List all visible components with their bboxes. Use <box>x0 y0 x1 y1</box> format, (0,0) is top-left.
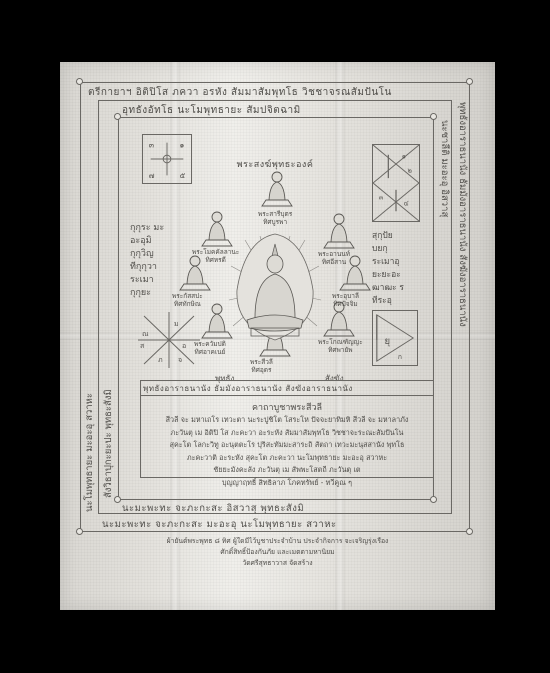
panel-band-text: พุทธังอาราธนานัง ธัมมังอาราธนานัง สังฆัง… <box>140 382 434 396</box>
monk-label-mid-left: พระกัสสปะทิศทักษิณ <box>172 292 203 309</box>
svg-text:๓: ๓ <box>379 194 384 202</box>
monk-label-mid-right: พระอุบาลีทิศปัจจิม <box>332 292 359 309</box>
yantra-diamond-bottom-right: ยุ ก <box>372 310 418 366</box>
svg-text:๑: ๑ <box>179 140 184 149</box>
inner-left-inscription: สังวิธาปุกะยะปะ พุทธะสังมิ <box>101 120 117 498</box>
svg-text:๕: ๕ <box>179 171 185 180</box>
seated-buddha-icon <box>225 230 325 350</box>
svg-text:ส: ส <box>140 342 145 350</box>
corner-dot <box>76 528 83 535</box>
panel-title: คาถาบูชาพระสีวลี <box>140 400 434 414</box>
outer-left-inscription: นะโมพุทธายะ มะอะอุ สวาหะ <box>82 102 98 512</box>
svg-text:ก: ก <box>398 353 402 361</box>
corner-dot <box>114 113 121 120</box>
svg-text:จ: จ <box>178 356 182 364</box>
monk-label-bottom: พระสีวลีทิศอุดร <box>250 358 273 375</box>
svg-text:ม: ม <box>174 320 179 328</box>
prayer-text: สีวลี จะ มหาเถโร เทวะตา นะระปูชิโต โสระโ… <box>144 414 430 489</box>
svg-text:๑: ๑ <box>402 153 406 161</box>
yantra-square-top-right: ๑ ๒ ๓ ๔ <box>372 144 420 222</box>
svg-text:๗: ๗ <box>149 171 155 180</box>
corner-dot <box>430 113 437 120</box>
right-verse: สุกุปัย บยกุ ระเมาอุ ยะยะอะ ฒาฒะ ร ทีระอ… <box>372 230 404 308</box>
inner-right-inscription: นะชาลีติ มะอะอุ อิสวาสุ <box>436 120 452 498</box>
outer-right-inscription: พุทธังอาราธนานัง ธัมมังอาราธนานัง สังฆัง… <box>454 102 470 512</box>
svg-text:อ: อ <box>182 342 186 350</box>
inner-top-inscription: อุทธังอัทโธ นะโมพุทธายะ สัมปจิตฉามิ <box>122 103 422 118</box>
diamond-yantra-icon: ยุ ก <box>373 311 417 365</box>
svg-text:ยุ: ยุ <box>384 336 390 347</box>
corner-dot <box>466 528 473 535</box>
yantra-star-bottom-left: ณ ส ม อ ภ จ <box>138 312 200 368</box>
left-verse: กุกุระ มะ อะอุมิ กุกุวิญ ทีกุกุวา ระเมา … <box>130 222 164 300</box>
svg-text:๒: ๒ <box>408 166 412 174</box>
monk-label-top: พระสารีบุตรทิศบูรพา <box>258 210 292 227</box>
diamond-grid-yantra-icon: ๑ ๒ ๓ ๔ <box>373 145 419 221</box>
corner-dot <box>466 78 473 85</box>
yantra-cloth: ตรีกายาฯ อิติปิโส ภควา อรหัง สัมมาสัมพุท… <box>60 62 495 610</box>
yantra-square-top-left: ๓ ๑ ๗ ๕ <box>142 134 192 184</box>
buddha-figure <box>225 230 325 350</box>
svg-text:ณ: ณ <box>142 330 149 338</box>
footer-text: ผ้ายันต์พระพุทธ ๘ ทิศ ผู้ใดมีไว้บูชาประจ… <box>120 536 435 569</box>
cross-yantra-icon: ๓ ๑ ๗ ๕ <box>143 135 191 183</box>
eight-point-yantra-icon: ณ ส ม อ ภ จ <box>138 312 200 368</box>
monk-label-lower-left: พระควัมปติทิศอาคเนย์ <box>194 340 226 357</box>
outer-top-inscription: ตรีกายาฯ อิติปิโส ภควา อรหัง สัมมาสัมพุท… <box>88 85 464 100</box>
svg-text:๔: ๔ <box>404 199 409 207</box>
svg-text:๓: ๓ <box>149 140 154 149</box>
arc-title: พระสงฆ์พุทธะองค์ <box>225 157 325 171</box>
corner-dot <box>76 78 83 85</box>
outer-bottom-inscription: นะมะพะทะ จะภะกะสะ มะอะอุ นะโมพุทธายะ สวา… <box>102 517 452 532</box>
svg-text:ภ: ภ <box>158 356 163 364</box>
inner-bottom-inscription: นะมะพะทะ จะภะกะสะ อิสวาสุ พุทธะสังมิ <box>122 501 427 516</box>
